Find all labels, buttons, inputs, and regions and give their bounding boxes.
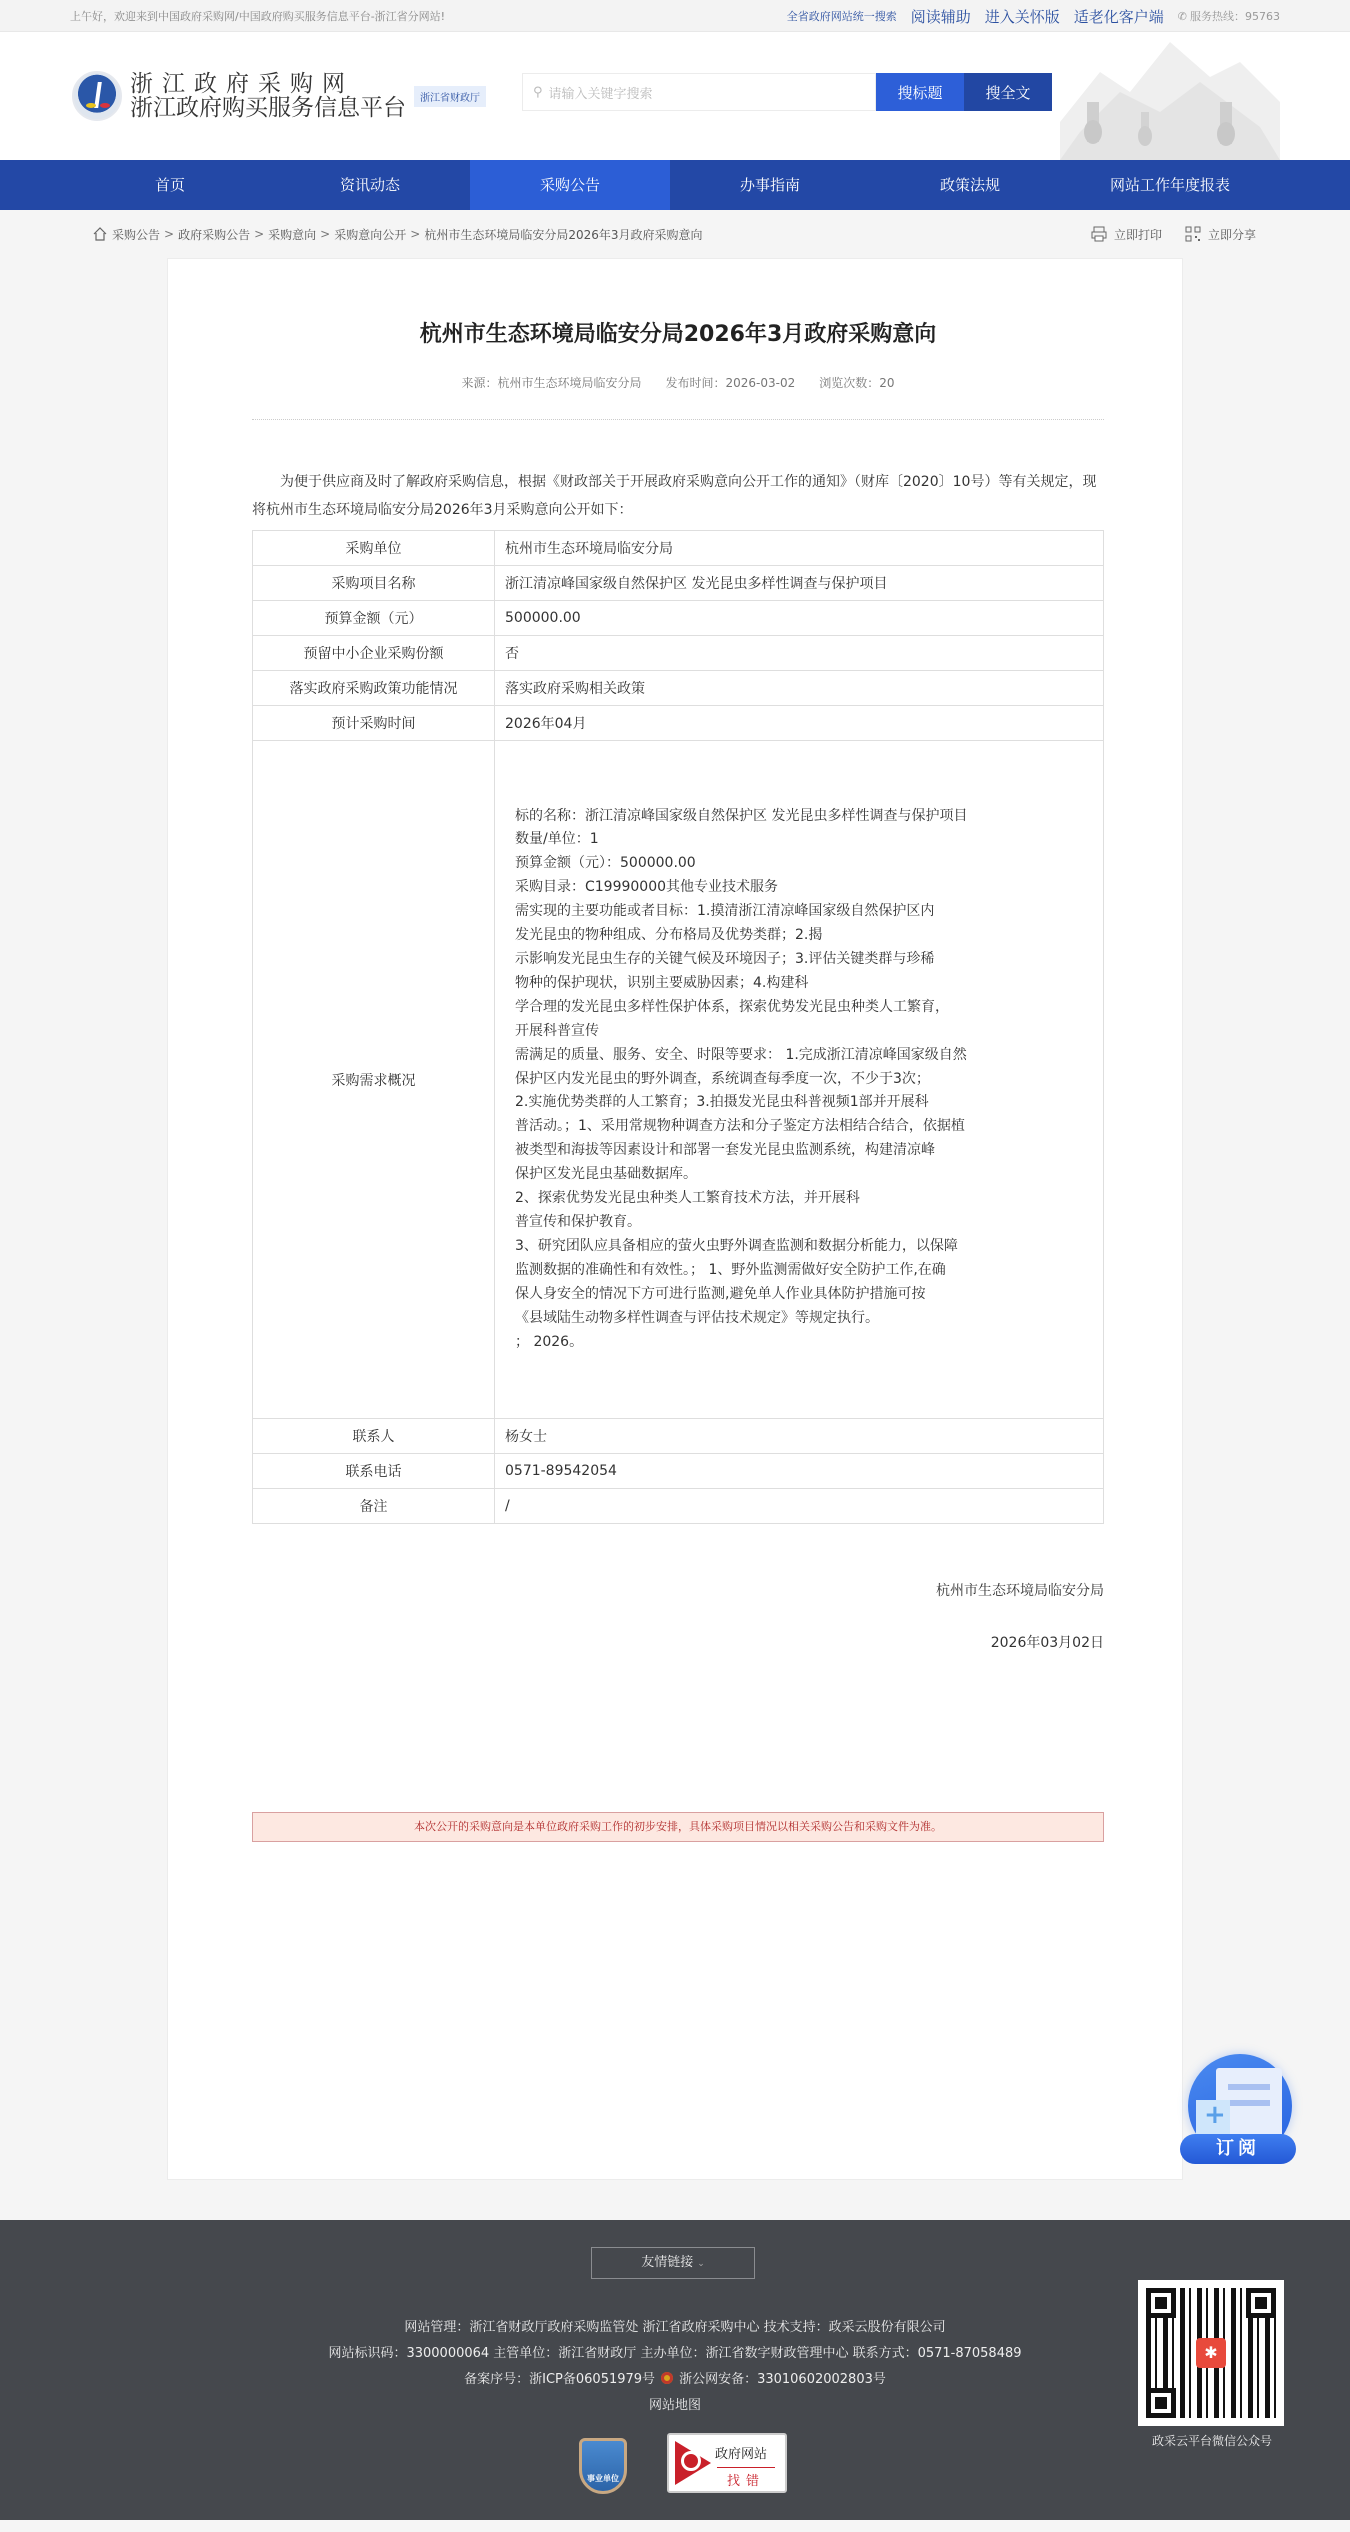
breadcrumb-item[interactable]: 采购公告 xyxy=(112,226,160,243)
requirement-line: 2.实施优势类群的人工繁育；3.拍摄发光昆虫科普视频1部并开展科 xyxy=(515,1091,1103,1115)
breadcrumb-current: 杭州市生态环境局临安分局2026年3月政府采购意向 xyxy=(424,226,702,243)
icp-link[interactable]: 备案序号：浙ICP备06051979号 xyxy=(464,2372,655,2387)
requirement-line: 开展科普宣传 xyxy=(515,1020,1103,1044)
requirement-line: 保人身安全的情况下方可进行监测,避免单人作业具体防护措施可按 xyxy=(515,1283,1103,1307)
article-publish-time: 发布时间：2026-03-02 xyxy=(665,374,795,391)
requirement-line: 学合理的发光昆虫多样性保护体系，探索优势发光昆虫种类人工繁育， xyxy=(515,996,1103,1020)
main-nav: 首页 资讯动态 采购公告 办事指南 政策法规 网站工作年度报表 xyxy=(0,160,1350,210)
nav-annual-report[interactable]: 网站工作年度报表 xyxy=(1070,160,1270,210)
nav-home[interactable]: 首页 xyxy=(70,160,270,210)
row-key: 落实政府采购政策功能情况 xyxy=(253,671,495,706)
subscribe-button[interactable]: 订阅 xyxy=(1180,2050,1296,2168)
requirement-line: 普活动。；1、采用常规物种调查方法和分子鉴定方法相结合结合，依据植 xyxy=(515,1115,1103,1139)
elderly-client-link[interactable]: 适老化客户端 xyxy=(1074,6,1164,27)
row-value: 0571-89542054 xyxy=(495,1454,1104,1489)
hotline: ✆ 服务热线：95763 xyxy=(1178,8,1280,24)
requirement-line: 保护区发光昆虫基础数据库。 xyxy=(515,1163,1103,1187)
breadcrumb-item[interactable]: 采购意向 xyxy=(268,226,316,243)
police-badge-icon xyxy=(661,2372,673,2384)
row-key: 采购需求概况 xyxy=(253,741,495,1419)
logo-title: 浙江政府采购网 xyxy=(130,72,406,96)
friend-links-dropdown[interactable]: 友情链接⌄ xyxy=(591,2247,755,2279)
reading-aid-link[interactable]: 阅读辅助 xyxy=(911,6,971,27)
site-logo[interactable]: 浙江政府采购网 浙江政府购买服务信息平台 浙江省财政厅 xyxy=(72,71,486,121)
table-row: 采购项目名称浙江清凉峰国家级自然保护区 发光昆虫多样性调查与保护项目 xyxy=(253,566,1104,601)
table-row: 预计采购时间2026年04月 xyxy=(253,706,1104,741)
nav-procurement-notices[interactable]: 采购公告 xyxy=(470,160,670,210)
row-value: 否 xyxy=(495,636,1104,671)
table-row: 采购单位杭州市生态环境局临安分局 xyxy=(253,531,1104,566)
requirement-line: ； 2026。 xyxy=(515,1331,1103,1355)
public-institution-badge[interactable]: 事业单位 xyxy=(579,2438,627,2494)
row-value: 500000.00 xyxy=(495,601,1104,636)
divider xyxy=(252,419,1104,420)
top-links: 全省政府网站统一搜索 阅读辅助 进入关怀版 适老化客户端 ✆ 服务热线：9576… xyxy=(787,6,1280,27)
phone-icon: ✆ xyxy=(1178,10,1187,23)
signature-date: 2026年03月02日 xyxy=(252,1632,1104,1652)
row-key: 采购项目名称 xyxy=(253,566,495,601)
print-label: 立即打印 xyxy=(1114,226,1162,243)
breadcrumb-item[interactable]: 政府采购公告 xyxy=(178,226,250,243)
row-value: 2026年04月 xyxy=(495,706,1104,741)
disclaimer-notice: 本次公开的采购意向是本单位政府采购工作的初步安排，具体采购项目情况以相关采购公告… xyxy=(252,1812,1104,1842)
printer-icon xyxy=(1090,225,1108,243)
requirement-line: 需满足的质量、服务、安全、时限等要求： 1.完成浙江清凉峰国家级自然 xyxy=(515,1044,1103,1068)
breadcrumb-bar: 采购公告> 政府采购公告> 采购意向> 采购意向公开> 杭州市生态环境局临安分局… xyxy=(70,210,1280,258)
site-footer: 友情链接⌄ 网站管理：浙江省财政厅政府采购监管处 浙江省政府采购中心 技术支持：… xyxy=(0,2220,1350,2520)
share-button[interactable]: 立即分享 xyxy=(1184,225,1256,243)
article-source: 来源：杭州市生态环境局临安分局 xyxy=(461,374,641,391)
row-value: 落实政府采购相关政策 xyxy=(495,671,1104,706)
requirement-line: 预算金额（元）：500000.00 xyxy=(515,852,1103,876)
subscribe-label: 订阅 xyxy=(1180,2134,1296,2164)
requirement-line: 采购目录：C19990000其他专业技术服务 xyxy=(515,876,1103,900)
share-label: 立即分享 xyxy=(1208,226,1256,243)
table-row: 联系电话0571-89542054 xyxy=(253,1454,1104,1489)
magnifier-icon xyxy=(681,2451,701,2471)
nav-news[interactable]: 资讯动态 xyxy=(270,160,470,210)
emblem-icon xyxy=(72,71,122,121)
search-title-button[interactable]: 搜标题 xyxy=(876,73,964,111)
requirement-line: 3、研究团队应具备相应的萤火虫野外调查监测和数据分析能力，以保障 xyxy=(515,1235,1103,1259)
chevron-down-icon: ⌄ xyxy=(697,2259,705,2269)
article-intro: 为便于供应商及时了解政府采购信息，根据《财政部关于开展政府采购意向公开工作的通知… xyxy=(252,468,1104,524)
welcome-text: 上午好，欢迎来到中国政府采购网/中国政府购买服务信息平台-浙江省分网站! xyxy=(70,8,445,24)
article-title: 杭州市生态环境局临安分局2026年3月政府采购意向 xyxy=(252,317,1104,348)
requirement-line: 保护区内发光昆虫的野外调查，系统调查每季度一次，不少于3次； xyxy=(515,1068,1103,1092)
row-key: 联系人 xyxy=(253,1419,495,1454)
search-icon: ⚲ xyxy=(533,85,543,100)
requirement-line: 物种的保护现状，识别主要威胁因素；4.构建科 xyxy=(515,972,1103,996)
zcy-logo-icon: ✱ xyxy=(1196,2338,1226,2368)
requirement-line: 《县域陆生动物多样性调查与评估技术规定》等规定执行。 xyxy=(515,1307,1103,1331)
table-row: 预留中小企业采购份额否 xyxy=(253,636,1104,671)
badge-err-subtitle: 找错 xyxy=(717,2467,775,2489)
requirement-line: 需实现的主要功能或者目标：1.摸清浙江清凉峰国家级自然保护区内 xyxy=(515,900,1103,924)
row-value: 杭州市生态环境局临安分局 xyxy=(495,531,1104,566)
search-input[interactable]: ⚲ 请输入关键字搜索 xyxy=(522,73,876,111)
nav-guide[interactable]: 办事指南 xyxy=(670,160,870,210)
requirement-line: 2、探索优势发光昆虫种类人工繁育技术方法，并开展科 xyxy=(515,1187,1103,1211)
row-key: 备注 xyxy=(253,1489,495,1524)
logo-subtitle: 浙江政府购买服务信息平台 xyxy=(130,96,406,120)
friend-links-label: 友情链接 xyxy=(641,2255,693,2270)
article-meta: 来源：杭州市生态环境局临安分局 发布时间：2026-03-02 浏览次数：20 xyxy=(252,374,1104,391)
site-header: 浙江政府采购网 浙江政府购买服务信息平台 浙江省财政厅 ⚲ 请输入关键字搜索 搜… xyxy=(0,32,1350,160)
table-row: 落实政府采购政策功能情况落实政府采购相关政策 xyxy=(253,671,1104,706)
breadcrumb: 采购公告> 政府采购公告> 采购意向> 采购意向公开> 杭州市生态环境局临安分局… xyxy=(92,226,703,243)
search-fulltext-button[interactable]: 搜全文 xyxy=(964,73,1052,111)
table-row: 联系人杨女士 xyxy=(253,1419,1104,1454)
procurement-intent-table: 采购单位杭州市生态环境局临安分局采购项目名称浙江清凉峰国家级自然保护区 发光昆虫… xyxy=(252,530,1104,1524)
requirement-summary: 标的名称：浙江清凉峰国家级自然保护区 发光昆虫多样性调查与保护项目数量/单位：1… xyxy=(495,741,1104,1419)
requirement-line: 被类型和海拔等因素设计和部署一套发光昆虫监测系统，构建清凉峰 xyxy=(515,1139,1103,1163)
row-key: 预计采购时间 xyxy=(253,706,495,741)
wechat-qr-code: ✱ xyxy=(1138,2280,1284,2426)
article-tools: 立即打印 立即分享 xyxy=(1090,225,1256,243)
requirement-line: 普宣传和保护教育。 xyxy=(515,1211,1103,1235)
gov-site-error-report-badge[interactable]: 政府网站 找错 xyxy=(667,2433,787,2493)
row-value: / xyxy=(495,1489,1104,1524)
row-key: 联系电话 xyxy=(253,1454,495,1489)
row-key: 预算金额（元） xyxy=(253,601,495,636)
care-version-link[interactable]: 进入关怀版 xyxy=(985,6,1060,27)
print-button[interactable]: 立即打印 xyxy=(1090,225,1162,243)
article-card: 杭州市生态环境局临安分局2026年3月政府采购意向 来源：杭州市生态环境局临安分… xyxy=(167,258,1183,2180)
search-placeholder: 请输入关键字搜索 xyxy=(549,83,653,102)
hotline-text: 服务热线：95763 xyxy=(1190,8,1280,24)
row-key: 预留中小企业采购份额 xyxy=(253,636,495,671)
signature-unit: 杭州市生态环境局临安分局 xyxy=(252,1580,1104,1600)
search-bar: ⚲ 请输入关键字搜索 搜标题 搜全文 xyxy=(522,73,1052,111)
row-key: 采购单位 xyxy=(253,531,495,566)
qr-label: 政采云平台微信公众号 xyxy=(1132,2432,1292,2449)
unified-search-link[interactable]: 全省政府网站统一搜索 xyxy=(787,8,897,24)
breadcrumb-item[interactable]: 采购意向公开 xyxy=(334,226,406,243)
table-row: 采购需求概况 标的名称：浙江清凉峰国家级自然保护区 发光昆虫多样性调查与保护项目… xyxy=(253,741,1104,1419)
badge-err-title: 政府网站 xyxy=(715,2443,767,2462)
requirement-line: 监测数据的准确性和有效性。； 1、野外监测需做好安全防护工作,在确 xyxy=(515,1259,1103,1283)
table-row: 预算金额（元）500000.00 xyxy=(253,601,1104,636)
top-bar: 上午好，欢迎来到中国政府采购网/中国政府购买服务信息平台-浙江省分网站! 全省政… xyxy=(0,0,1350,32)
qrcode-icon xyxy=(1184,225,1202,243)
table-row: 备注/ xyxy=(253,1489,1104,1524)
requirement-line: 发光昆虫的物种组成、分布格局及优势类群；2.揭 xyxy=(515,924,1103,948)
home-icon[interactable] xyxy=(92,226,108,242)
requirement-line: 示影响发光昆虫生存的关键气候及环境因子；3.评估关键类群与珍稀 xyxy=(515,948,1103,972)
requirement-line: 数量/单位：1 xyxy=(515,828,1103,852)
article-views: 浏览次数：20 xyxy=(819,374,894,391)
finance-dept-badge: 浙江省财政厅 xyxy=(414,86,486,107)
police-record-link[interactable]: 浙公网安备：33010602002803号 xyxy=(679,2372,886,2387)
requirement-line: 标的名称：浙江清凉峰国家级自然保护区 发光昆虫多样性调查与保护项目 xyxy=(515,805,1103,829)
row-value: 浙江清凉峰国家级自然保护区 发光昆虫多样性调查与保护项目 xyxy=(495,566,1104,601)
row-value: 杨女士 xyxy=(495,1419,1104,1454)
nav-policy[interactable]: 政策法规 xyxy=(870,160,1070,210)
